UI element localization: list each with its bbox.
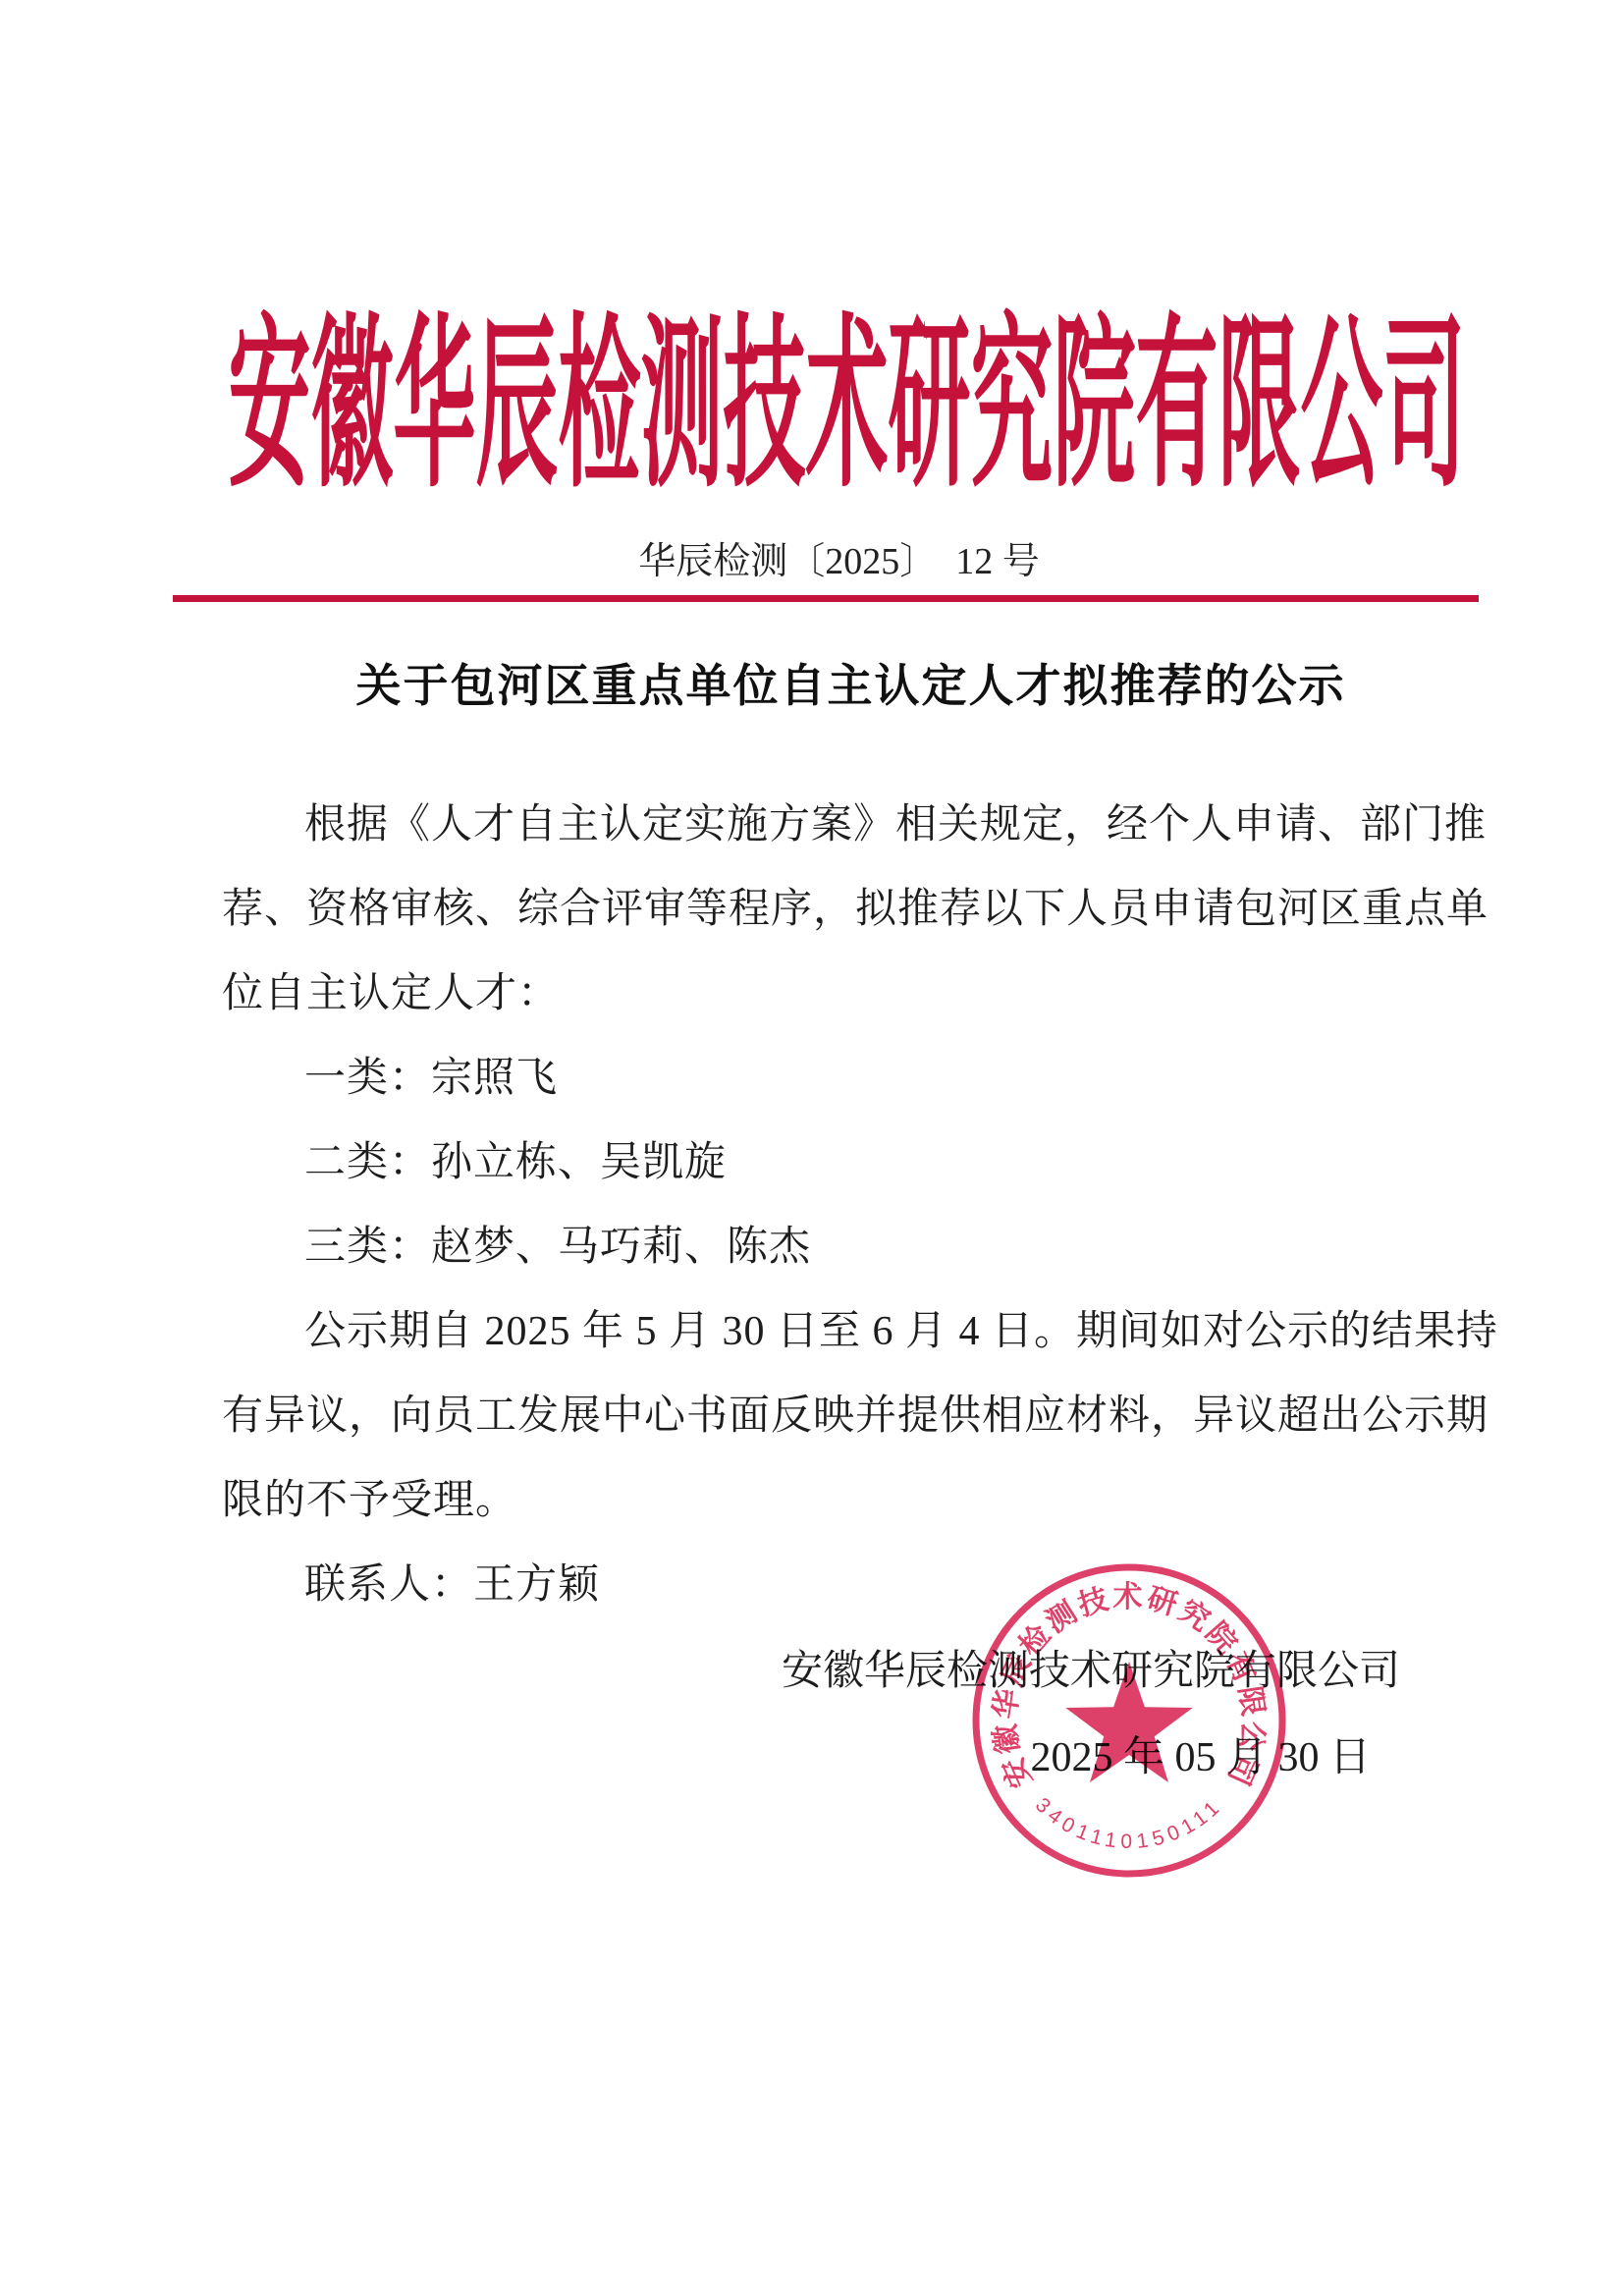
seal-code-text: 3401110150111 <box>1031 1794 1227 1854</box>
announcement-body: 根据《人才自主认定实施方案》相关规定，经个人申请、部门推 荐、资格审核、综合评审… <box>222 783 1400 1627</box>
letterhead-org-name: 安徽华辰检测技术研究院有限公司 <box>35 316 1623 502</box>
body-line: 荐、资格审核、综合评审等程序，拟推荐以下人员申请包河区重点单 <box>222 867 1400 952</box>
list-item-category-2: 二类：孙立栋、吴凯旋 <box>222 1121 1400 1205</box>
body-line: 限的不予受理。 <box>222 1458 1400 1543</box>
body-line: 有异议，向员工发展中心书面反映并提供相应材料，异议超出公示期 <box>222 1374 1400 1458</box>
document-number: 华辰检测〔2025〕 12 号 <box>27 538 1623 585</box>
list-item-category-1: 一类：宗照飞 <box>222 1036 1400 1121</box>
seal-star-icon <box>1065 1662 1192 1782</box>
document-page: 安徽华辰检测技术研究院有限公司 华辰检测〔2025〕 12 号 关于包河区重点单… <box>0 0 1623 2296</box>
body-line: 位自主认定人才： <box>222 952 1400 1036</box>
letterhead-divider-rule <box>173 595 1479 602</box>
announcement-title: 关于包河区重点单位自主认定人才拟推荐的公示 <box>39 656 1623 715</box>
list-item-category-3: 三类：赵梦、马巧莉、陈杰 <box>222 1205 1400 1289</box>
body-line: 根据《人才自主认定实施方案》相关规定，经个人申请、部门推 <box>222 783 1400 867</box>
official-seal-stamp: 安徽华辰检测技术研究院有限公司 3401110150111 <box>962 1554 1296 1887</box>
body-line: 公示期自 2025 年 5 月 30 日至 6 月 4 日。期间如对公示的结果持 <box>222 1289 1400 1374</box>
